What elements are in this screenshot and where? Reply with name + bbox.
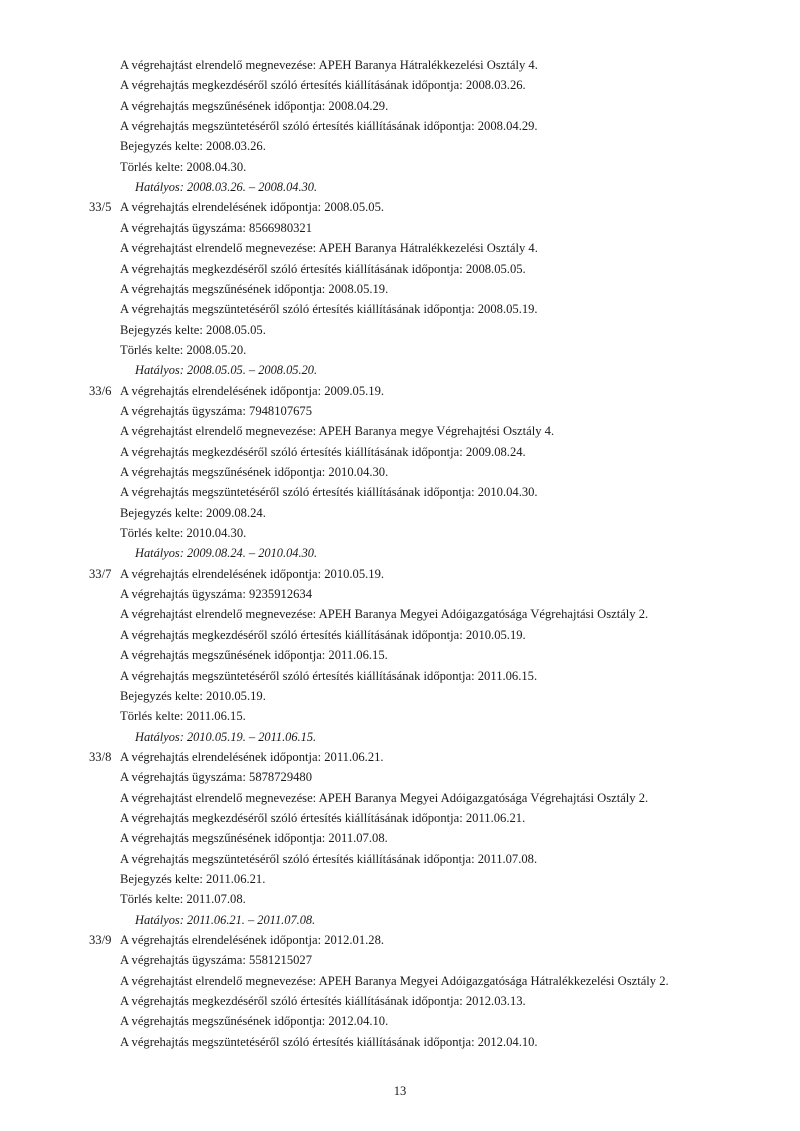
entry-line: A végrehajtást elrendelő megnevezése: AP… (120, 55, 538, 75)
entry-line: A végrehajtás megkezdéséről szóló értesí… (120, 75, 526, 95)
entry-line: A végrehajtás elrendelésének időpontja: … (120, 381, 384, 401)
entry-line: A végrehajtás megkezdéséről szóló értesí… (120, 991, 526, 1011)
entry-number: 33/6 (89, 381, 111, 401)
entry-line: A végrehajtás megszűnésének időpontja: 2… (120, 279, 388, 299)
effective-period: Hatályos: 2008.03.26. – 2008.04.30. (135, 177, 317, 197)
entry-line: A végrehajtás megszűnésének időpontja: 2… (120, 462, 388, 482)
entry-line: Bejegyzés kelte: 2009.08.24. (120, 503, 266, 523)
entry-line: A végrehajtás megkezdéséről szóló értesí… (120, 625, 526, 645)
entry-line: A végrehajtás ügyszáma: 8566980321 (120, 218, 312, 238)
entry-line: A végrehajtás ügyszáma: 7948107675 (120, 401, 312, 421)
entry-line: A végrehajtás elrendelésének időpontja: … (120, 197, 384, 217)
entry-line: A végrehajtás megkezdéséről szóló értesí… (120, 259, 526, 279)
entry-line: A végrehajtás megszűnésének időpontja: 2… (120, 828, 388, 848)
effective-period: Hatályos: 2008.05.05. – 2008.05.20. (135, 360, 317, 380)
entry-line: Bejegyzés kelte: 2008.05.05. (120, 320, 266, 340)
entry-line: Törlés kelte: 2011.06.15. (120, 706, 246, 726)
entry-line: Törlés kelte: 2008.04.30. (120, 157, 246, 177)
entry-number: 33/9 (89, 930, 111, 950)
entry-line: A végrehajtást elrendelő megnevezése: AP… (120, 604, 648, 624)
entry-line: A végrehajtás megkezdéséről szóló értesí… (120, 442, 526, 462)
entry-line: A végrehajtás megszüntetéséről szóló ért… (120, 849, 537, 869)
entry-line: A végrehajtás ügyszáma: 9235912634 (120, 584, 312, 604)
entry-line: A végrehajtás elrendelésének időpontja: … (120, 930, 384, 950)
entry-line: A végrehajtás megszüntetéséről szóló ért… (120, 666, 537, 686)
entry-line: A végrehajtást elrendelő megnevezése: AP… (120, 238, 538, 258)
entry-line: A végrehajtás megszűnésének időpontja: 2… (120, 1011, 388, 1031)
entry-line: A végrehajtás megszüntetéséről szóló ért… (120, 1032, 538, 1052)
entry-line: A végrehajtás megkezdéséről szóló értesí… (120, 808, 525, 828)
entry-line: A végrehajtás elrendelésének időpontja: … (120, 564, 384, 584)
entry-line: Törlés kelte: 2011.07.08. (120, 889, 246, 909)
entry-line: A végrehajtást elrendelő megnevezése: AP… (120, 421, 554, 441)
entry-line: A végrehajtás megszűnésének időpontja: 2… (120, 96, 388, 116)
entry-line: A végrehajtás ügyszáma: 5581215027 (120, 950, 312, 970)
entry-number: 33/5 (89, 197, 111, 217)
entry-number: 33/7 (89, 564, 111, 584)
entry-line: A végrehajtást elrendelő megnevezése: AP… (120, 788, 648, 808)
entry-line: A végrehajtás megszűnésének időpontja: 2… (120, 645, 388, 665)
page-number: 13 (0, 1081, 800, 1101)
entry-line: Bejegyzés kelte: 2010.05.19. (120, 686, 266, 706)
effective-period: Hatályos: 2009.08.24. – 2010.04.30. (135, 543, 317, 563)
entry-line: Bejegyzés kelte: 2011.06.21. (120, 869, 265, 889)
entry-number: 33/8 (89, 747, 111, 767)
entry-line: Törlés kelte: 2008.05.20. (120, 340, 246, 360)
entry-line: A végrehajtás ügyszáma: 5878729480 (120, 767, 312, 787)
entry-line: Törlés kelte: 2010.04.30. (120, 523, 246, 543)
entry-line: A végrehajtást elrendelő megnevezése: AP… (120, 971, 669, 991)
entry-line: A végrehajtás elrendelésének időpontja: … (120, 747, 384, 767)
entry-line: Bejegyzés kelte: 2008.03.26. (120, 136, 266, 156)
entry-line: A végrehajtás megszüntetéséről szóló ért… (120, 116, 538, 136)
entry-line: A végrehajtás megszüntetéséről szóló ért… (120, 482, 538, 502)
effective-period: Hatályos: 2010.05.19. – 2011.06.15. (135, 727, 316, 747)
document-page: 13 A végrehajtást elrendelő megnevezése:… (0, 0, 800, 1131)
entry-line: A végrehajtás megszüntetéséről szóló ért… (120, 299, 538, 319)
effective-period: Hatályos: 2011.06.21. – 2011.07.08. (135, 910, 315, 930)
